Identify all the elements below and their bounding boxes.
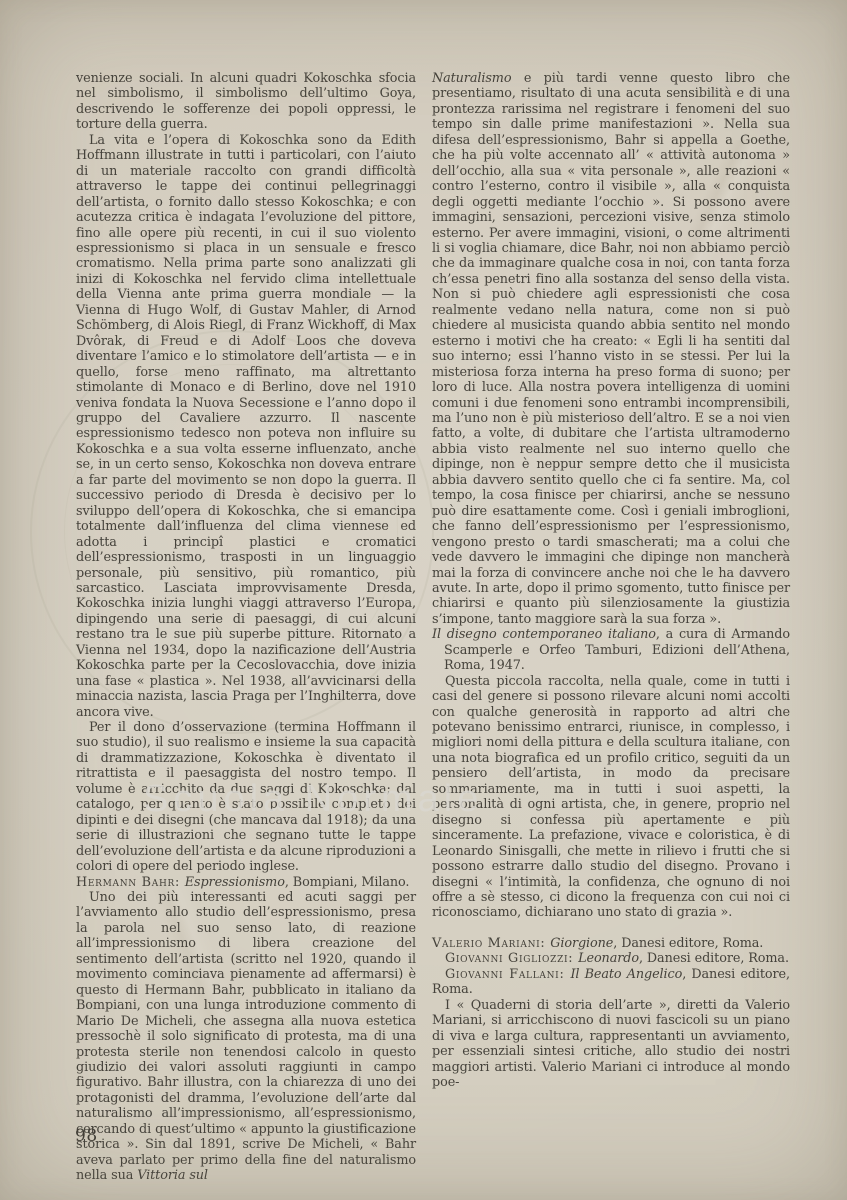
bibliography-entry: Valerio Mariani: Giorgione, Danesi edito… [432, 936, 790, 951]
page-number: 98 [75, 1126, 98, 1146]
scanned-page: venienze sociali. In alcuni quadri Kokos… [0, 0, 847, 1200]
paragraph-hoffmann-study: Per il dono d’osservazione (termina Hoff… [76, 720, 416, 875]
bibliography-entry: Giovanni Fallani: Il Beato Angelico, Dan… [432, 967, 790, 998]
paragraph-naturalismo: Naturalismo e più tardi venne questo lib… [432, 71, 790, 627]
right-column: Naturalismo e più tardi venne questo lib… [432, 71, 790, 1090]
bibliography-heading-disegno: Il disegno contemporaneo italiano, a cur… [432, 627, 790, 673]
paragraph-continuation: venienze sociali. In alcuni quadri Kokos… [76, 71, 416, 133]
paragraph-bahr-review: Uno dei più interessanti ed acuti saggi … [76, 890, 416, 1184]
paragraph-raccolta: Questa piccola raccolta, nella quale, co… [432, 674, 790, 921]
review-heading-bahr: Hermann Bahr: Espressionismo, Bompiani, … [76, 875, 416, 890]
bibliography-entry: Giovanni Gigliozzi: Leonardo, Danesi edi… [432, 951, 790, 966]
paragraph-kokoschka-biography: La vita e l’opera di Kokoschka sono da E… [76, 133, 416, 720]
bibliography-list: Valerio Mariani: Giorgione, Danesi edito… [432, 936, 790, 998]
paragraph-quaderni: I « Quaderni di storia dell’arte », dire… [432, 998, 790, 1091]
left-column: venienze sociali. In alcuni quadri Kokos… [76, 71, 416, 1184]
